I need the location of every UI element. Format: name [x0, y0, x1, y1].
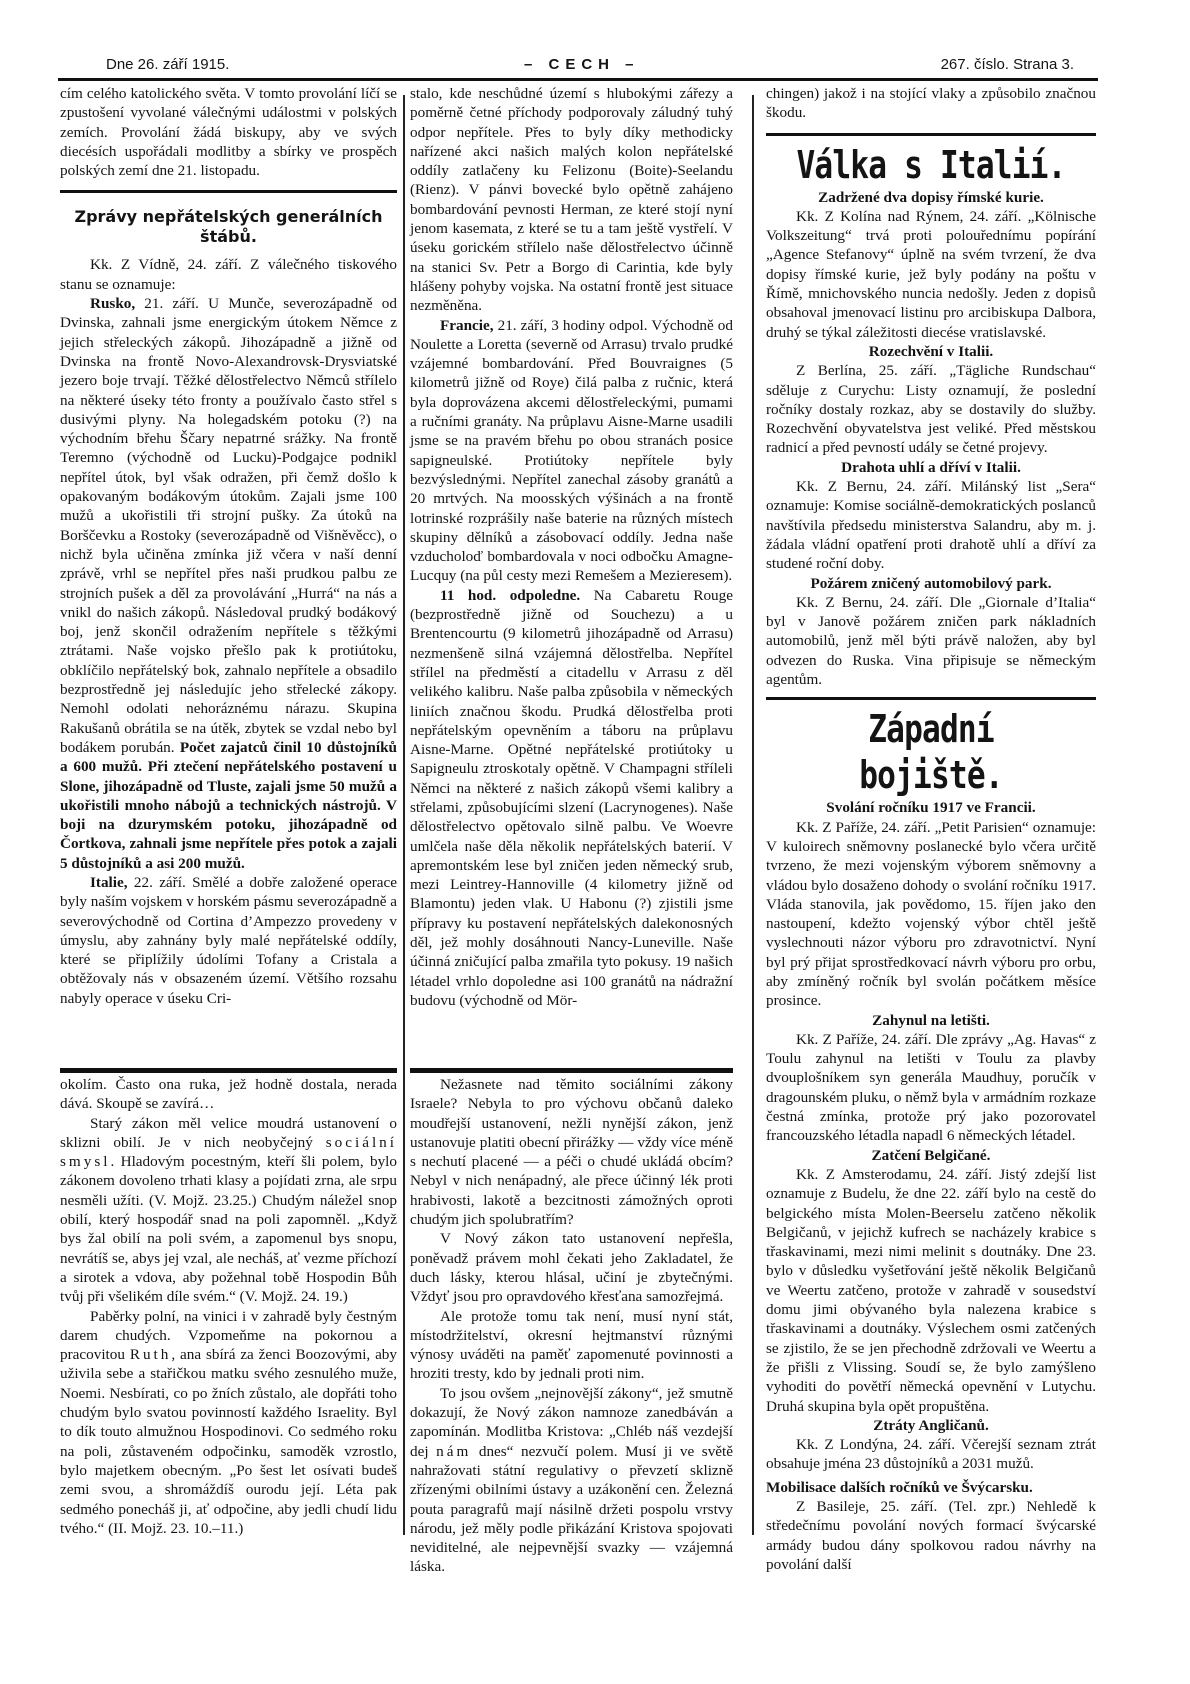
subheading: Svolání ročníku 1917 ve Francii. [766, 798, 1096, 817]
paragraph: Kk. Z Paříže, 24. září. Dle zprávy „Ag. … [766, 1030, 1096, 1146]
paragraph-text: Na Cabaretu Rouge (bezprostředně jižně o… [410, 587, 733, 1009]
paragraph: Z Berlína, 25. září. „Tägliche Rundschau… [766, 361, 1096, 457]
feuilleton-column-2: Nežasnete nad těmito sociálními zákony I… [410, 1075, 733, 1577]
paragraph: Kk. Z Bernu, 24. září. Milánský list „Se… [766, 477, 1096, 573]
header-rule [58, 78, 1098, 81]
paragraph-lead: Francie, [440, 317, 494, 334]
paragraph-text: . Hladovým pocestným, kteří šli polem, b… [60, 1153, 397, 1305]
paragraph: Kk. Z Kolína nad Rýnem, 24. září. „Kölni… [766, 207, 1096, 342]
column-2: stalo, kde neschůdné území s hlubokými z… [410, 84, 733, 1010]
subheading: Drahota uhlí a dříví v Italii. [766, 458, 1096, 477]
section-divider [766, 697, 1096, 700]
column-1: cím celého katolického světa. V tomto pr… [60, 84, 397, 1008]
subheading: Mobilisace dalších ročníků ve Švýcarsku. [766, 1478, 1096, 1497]
paragraph: Nežasnete nad těmito sociálními zákony I… [410, 1075, 733, 1229]
section-heading-italy: Válka s Italií. [796, 142, 1067, 188]
paragraph-bold: Počet zajatců činil 10 důstojníků a 600 … [60, 739, 397, 872]
paragraph: Ale protože tomu tak není, musí nyní stá… [410, 1307, 733, 1384]
paragraph-lead: Rusko, [90, 295, 135, 312]
subheading: Rozechvění v Italii. [766, 342, 1096, 361]
section-heading-western-front: Západní bojiště. [796, 706, 1067, 798]
paragraph: okolím. Často ona ruka, jež hodně dostal… [60, 1075, 397, 1114]
paragraph: chingen) jakož i na stojící vlaky a způs… [766, 84, 1096, 123]
paragraph: Kk. Z Bernu, 24. září. Dle „Giornale d’I… [766, 593, 1096, 689]
paragraph: Italie, 22. září. Smělé a dobře založené… [60, 873, 397, 1008]
feuilleton-divider [60, 1068, 397, 1073]
feuilleton-divider [410, 1068, 733, 1073]
issue-date: Dne 26. září 1915. [106, 56, 229, 73]
subheading: Zahynul na letišti. [766, 1011, 1096, 1030]
paragraph-text: 21. září. U Munče, severozápadně od Dvin… [60, 295, 397, 756]
page-header: Dne 26. září 1915. – CECH – 267. číslo. … [106, 52, 1080, 76]
paragraph: Kk. Z Vídně, 24. září. Z válečného tisko… [60, 255, 397, 294]
paragraph: 11 hod. odpoledne. Na Cabaretu Rouge (be… [410, 586, 733, 1011]
paragraph: To jsou ovšem „nejnovější zákony“, jež s… [410, 1384, 733, 1577]
section-divider [60, 190, 397, 193]
paragraph: V Nový zákon tato ustanovení nepřešla, p… [410, 1229, 733, 1306]
newspaper-title: – CECH – [524, 56, 640, 73]
paragraph: Paběrky polní, na vinici i v zahradě byl… [60, 1307, 397, 1539]
paragraph-text: 22. září. Smělé a dobře založené operace… [60, 874, 397, 1007]
feuilleton-column-1: okolím. Často ona ruka, jež hodně dostal… [60, 1075, 397, 1538]
paragraph: Starý zákon měl velice moudrá ustanovení… [60, 1114, 397, 1307]
subheading: Zadržené dva dopisy římské kurie. [766, 188, 1096, 207]
paragraph: Z Basileje, 25. září. (Tel. zpr.) Nehled… [766, 1497, 1096, 1574]
spaced-emphasis: Ruth [130, 1346, 172, 1363]
paragraph-text: , ana sbírá za ženci Boozovými, aby uživ… [60, 1346, 397, 1537]
section-heading: Zprávy nepřátelských generálních štábů. [60, 207, 397, 247]
paragraph: stalo, kde neschůdné území s hlubokými z… [410, 84, 733, 316]
paragraph: Kk. Z Amsterodamu, 24. září. Jistý zdejš… [766, 1165, 1096, 1416]
issue-number-page: 267. číslo. Strana 3. [941, 56, 1074, 73]
paragraph: Kk. Z Londýna, 24. září. Včerejší seznam… [766, 1435, 1096, 1474]
paragraph-lead: 11 hod. odpoledne. [440, 587, 580, 604]
section-divider [766, 133, 1096, 136]
subheading: Ztráty Angličanů. [766, 1416, 1096, 1435]
paragraph: Francie, 21. září, 3 hodiny odpol. Výcho… [410, 316, 733, 586]
paragraph: Kk. Z Paříže, 24. září. „Petit Parisien“… [766, 818, 1096, 1011]
column-divider [752, 95, 754, 1535]
column-3: chingen) jakož i na stojící vlaky a způs… [766, 84, 1096, 1574]
article-continuation: cím celého katolického světa. V tomto pr… [60, 84, 397, 180]
paragraph-text: 21. září, 3 hodiny odpol. Východně od No… [410, 317, 733, 585]
paragraph: Rusko, 21. září. U Munče, severozápadně … [60, 294, 397, 873]
paragraph-lead: Italie, [90, 874, 128, 891]
subheading: Požárem zničený automobilový park. [766, 574, 1096, 593]
column-divider [403, 95, 405, 1535]
subheading: Zatčení Belgičané. [766, 1146, 1096, 1165]
paragraph-text: dnes“ nezvučí polem. Musí ji ve světě na… [410, 1443, 733, 1576]
spaced-emphasis: nám [436, 1443, 471, 1460]
